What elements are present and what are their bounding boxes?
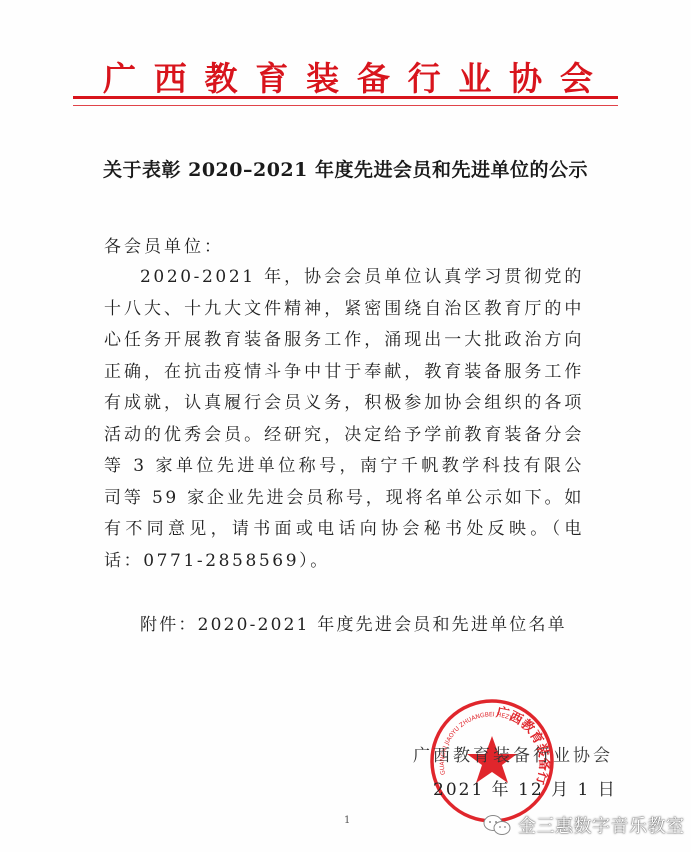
signature-date: 2021 年 12 月 1 日 (433, 775, 617, 800)
attachment-note: 附件：2020-2021 年度先进会员和先进单位名单 (140, 610, 567, 635)
watermark: 金三惠数字音乐教室 (482, 812, 685, 838)
salutation: 各会员单位： (104, 232, 224, 257)
body-paragraph-container: 2020-2021 年，协会会员单位认真学习贯彻党的十八大、十九大文件精神，紧密… (104, 262, 584, 577)
masthead-char: 育 (255, 53, 288, 100)
masthead-char: 广 (103, 53, 136, 100)
body-paragraph: 2020-2021 年，协会会员单位认真学习贯彻党的十八大、十九大文件精神，紧密… (104, 262, 584, 577)
masthead-char: 装 (306, 53, 339, 100)
org-masthead: 广 西 教 育 装 备 行 业 协 会 (103, 55, 593, 97)
document-title: 关于表彰 2020–2021 年度先进会员和先进单位的公示 (0, 155, 691, 182)
header-divider-thin (73, 105, 618, 106)
header-divider-thick (73, 96, 618, 99)
watermark-label: 金三惠数字音乐教室 (518, 812, 685, 838)
masthead-char: 会 (560, 53, 593, 100)
page-number: 1 (344, 815, 350, 826)
masthead-char: 业 (458, 53, 491, 100)
signer-org: 广西教育装备行业协会 (413, 741, 613, 766)
masthead-char: 协 (509, 53, 542, 100)
masthead-char: 西 (154, 53, 187, 100)
masthead-char: 备 (357, 53, 390, 100)
masthead-char: 行 (408, 53, 441, 100)
wechat-icon (482, 814, 512, 836)
masthead-char: 教 (205, 53, 238, 100)
